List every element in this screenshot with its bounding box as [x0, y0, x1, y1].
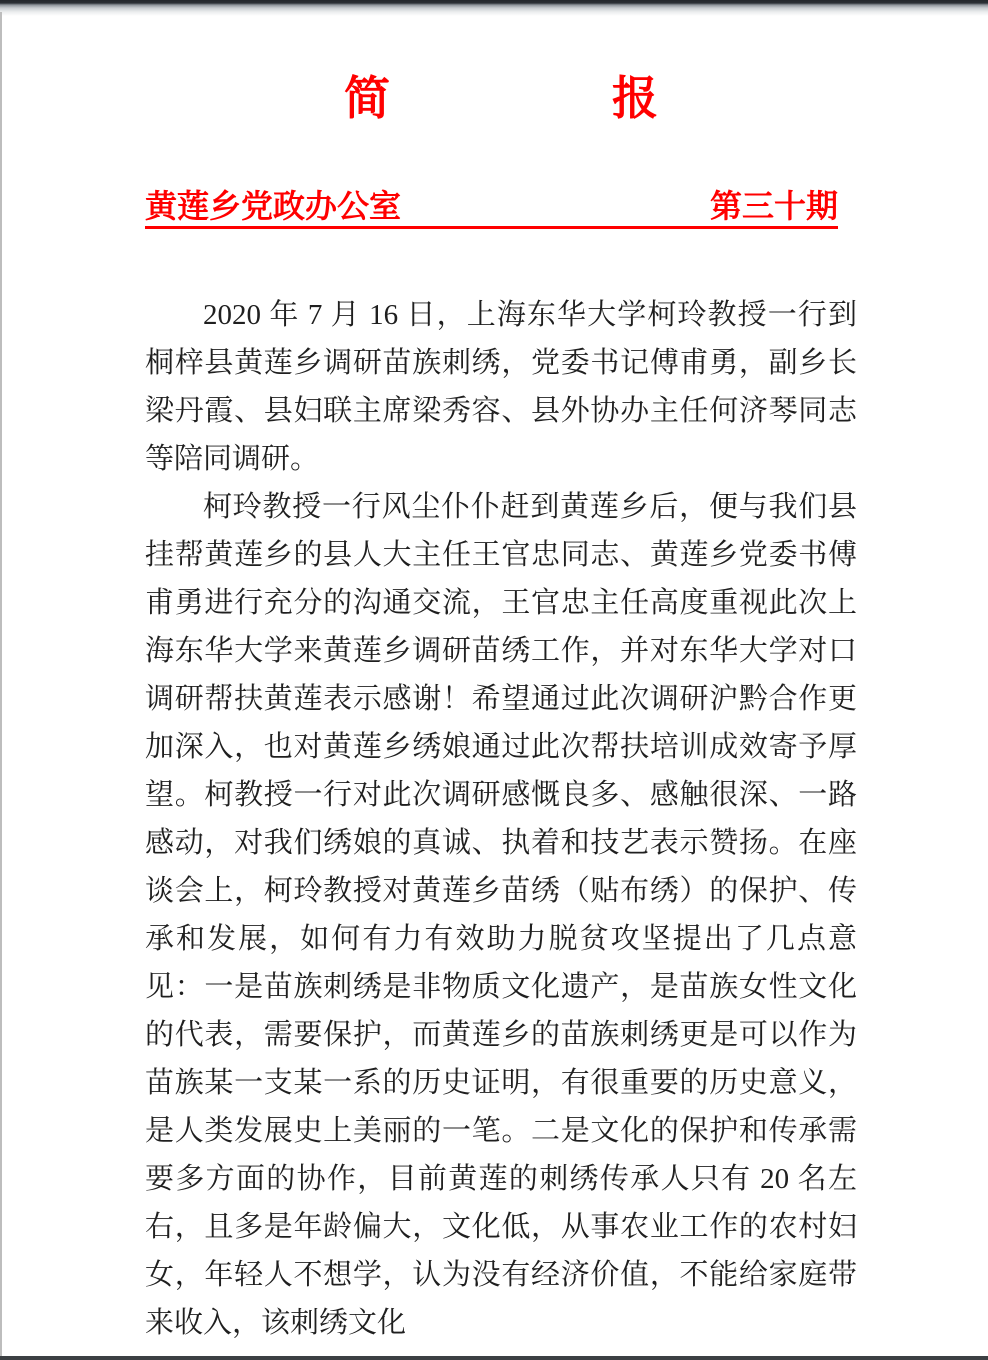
bulletin-title: 简 报 [145, 75, 857, 121]
bulletin-title-char-jian: 简 [344, 75, 390, 121]
page-bottom-edge [0, 1356, 988, 1360]
paragraph-discussion-details: 柯玲教授一行风尘仆仆赶到黄莲乡后，便与我们县挂帮黄莲乡的县人大主任王官忠同志、黄… [145, 483, 857, 1347]
paragraph-visit-intro: 2020 年 7 月 16 日，上海东华大学柯玲教授一行到桐梓县黄莲乡调研苗族刺… [145, 291, 857, 483]
issue-number: 第三十期 [710, 190, 838, 222]
bulletin-title-char-bao: 报 [612, 75, 658, 121]
document-content: 简 报 黄莲乡党政办公室 第三十期 2020 年 7 月 16 日，上海东华大学… [145, 0, 857, 1347]
document-page: 简 报 黄莲乡党政办公室 第三十期 2020 年 7 月 16 日，上海东华大学… [0, 0, 988, 1360]
document-body: 2020 年 7 月 16 日，上海东华大学柯玲教授一行到桐梓县黄莲乡调研苗族刺… [145, 291, 857, 1347]
page-top-shadow [0, 0, 988, 16]
page-left-edge [0, 12, 2, 1356]
issuing-office: 黄莲乡党政办公室 [145, 190, 401, 222]
masthead: 黄莲乡党政办公室 第三十期 [145, 190, 838, 229]
